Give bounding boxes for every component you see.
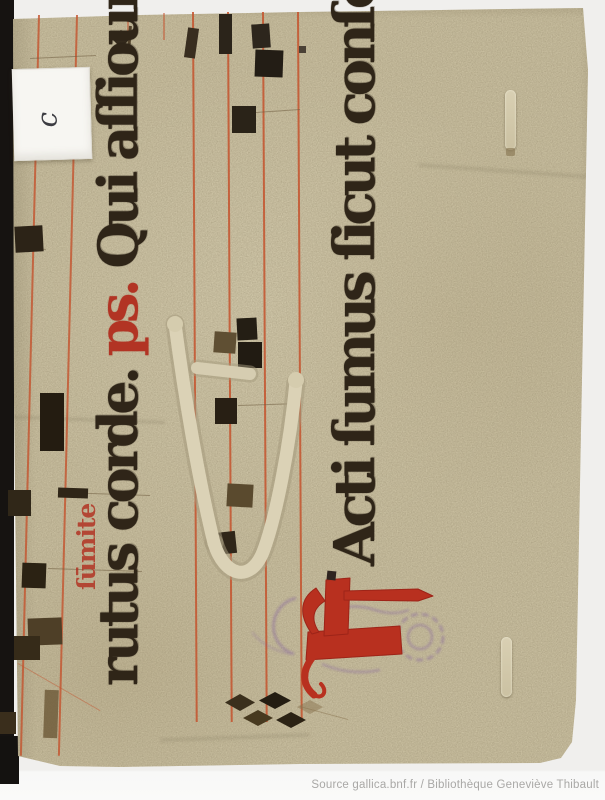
source-attribution: Source gallica.bnf.fr / Bibliothèque Gen… bbox=[311, 779, 599, 791]
shelf-label-mark: c bbox=[30, 111, 63, 128]
scanned-manuscript-view: rutus corde. ps. Qui aſſiount. Acti ſumu… bbox=[0, 0, 605, 800]
vellum-tab-upper-tip bbox=[506, 148, 515, 156]
vellum-tab-upper bbox=[505, 90, 516, 150]
vellum-tab-lower bbox=[501, 637, 512, 697]
shelf-label: c bbox=[12, 67, 93, 161]
